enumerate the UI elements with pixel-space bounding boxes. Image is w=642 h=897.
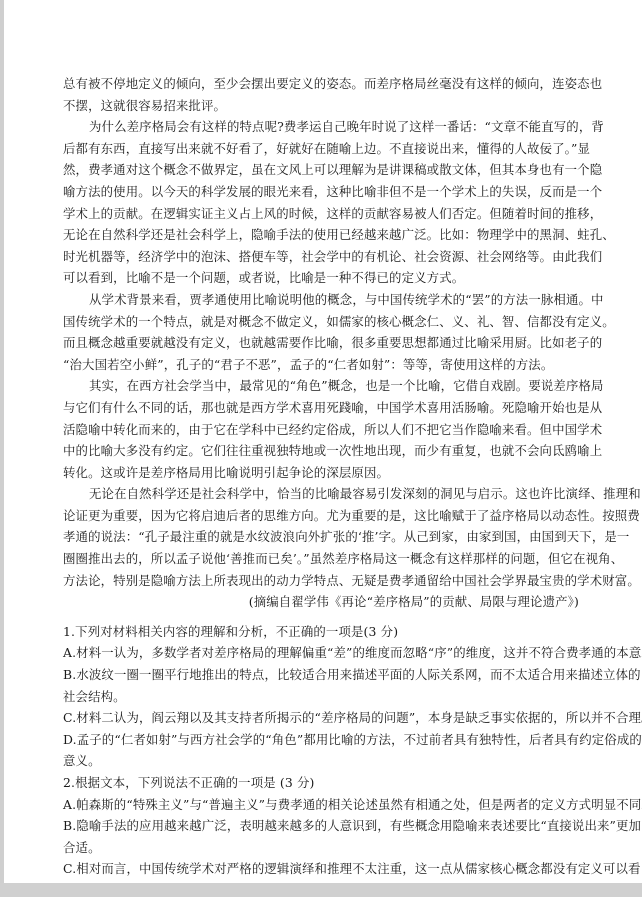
answer-option-line: C.相对而言，中国传统学术对严格的逻辑演绎和推理不太注重，这一点从儒家核心概念都…: [63, 858, 585, 880]
passage-line: 时光机器等，经济学中的泡沫、搭便车等，社会学中的有机论、社会资源、社会网络等。由…: [63, 246, 585, 268]
passage-line: 总有被不停地定义的倾向，至少会摆出要定义的姿态。而差序格局丝毫没有这样的倾向，连…: [63, 73, 585, 95]
answer-option-line: D.孟子的“仁者如射”与西方社会学的“角色”都用比喻的方法，不过前者具有独特性，…: [63, 729, 585, 751]
answer-option-line: B.隐喻手法的应用越来越广泛，表明越来越多的人意识到，有些概念用隐喻来表述要比“…: [63, 815, 585, 837]
answer-option-line: 社会结构。: [63, 686, 585, 708]
passage-line: 其实，在西方社会学当中，最常见的“角色”概念，也是一个比喻，它借自戏剧。要说差序…: [63, 375, 585, 397]
question-1: 1.下列对材料相关内容的理解和分析，不正确的一项是(3 分)A.材料一认为，多数…: [63, 621, 585, 772]
viewer-left-border: [0, 0, 4, 897]
passage-line: 后都有东西，直接写出来就不好看了，好就好在随喻上边。不直接说出来，懂得的人故佞了…: [63, 138, 585, 160]
passage-line: 喻方法的使用。以今天的科学发展的眼光来看，这种比喻非但不是一个学术上的失误，反而…: [63, 181, 585, 203]
passage-line: 从学术背景来看，贾孝通使用比喻说明他的概念，与中国传统学术的“罢”的方法一脉相通…: [63, 289, 585, 311]
passage-line: 不摆，这就很容易招来批评。: [63, 95, 585, 117]
passage-line: 然，费孝通对这个概念不做界定，虽在文风上可以理解为是讲课稿或散文体，但其本身也有…: [63, 159, 585, 181]
passage-line: 与它们有什么不同的话，那也就是西方学术喜用死踐喻，中国学术喜用活肠喻。死隐喻开始…: [63, 397, 585, 419]
passage-line: 学术上的贡献。在逻辑实证主义占上风的时候，这样的贡献容易被人们否定。但随着时间的…: [63, 203, 585, 225]
question-stem: 2.根据文本，下列说法不正确的一项是 (3 分): [63, 772, 585, 794]
answer-option-line: A.材料一认为，多数学者对差序格局的理解偏重“差”的维度而忽略“序”的维度，这并…: [63, 642, 585, 664]
answer-option-line: 意义。: [63, 750, 585, 772]
passage-line: 圈圈推出去的，所以孟子说他‘善推而已矣’。”虽然差序格局这一概念有这样那样的问题…: [63, 548, 585, 570]
document-page: 总有被不停地定义的倾向，至少会摆出要定义的姿态。而差序格局丝毫没有这样的倾向，连…: [63, 73, 585, 880]
answer-option-line: 合适。: [63, 837, 585, 859]
passage-line: 而且概念越重要就越没有定义，也就越需要作比喻，很多重要思想都通过比喻采用厨。比如…: [63, 332, 585, 354]
question-2: 2.根据文本，下列说法不正确的一项是 (3 分)A.帕森斯的“特殊主义”与“普遍…: [63, 772, 585, 880]
passage-line: 为什么差序格局会有这样的特点呢?费孝运自己晚年时说了这样一番话：“文章不能直写的…: [63, 116, 585, 138]
answer-option-line: B.水波纹一圈一圈平行地推出的特点，比较适合用来描述平面的人际关系网，而不太适合…: [63, 664, 585, 686]
passage-line: 无论在自然科学还是社会科学上，隐喻手法的使用已经越来越广泛。比如：物理学中的黑洞…: [63, 224, 585, 246]
answer-option-line: A.帕森斯的“特殊主义”与“普遍主义”与费孝通的相关论述虽然有相通之处，但是两者…: [63, 794, 585, 816]
passage-line: “治大国若空小鲜”，孔子的“君子不恶”，孟子的“仁者如射”：等等，寄使用这样的方…: [63, 354, 585, 376]
reading-passage: 总有被不停地定义的倾向，至少会摆出要定义的姿态。而差序格局丝毫没有这样的倾向，连…: [63, 73, 585, 591]
passage-line: 转化。这或许是差序格局用比喻说明引起争论的深层原因。: [63, 462, 585, 484]
passage-line: 无论在自然科学还是社会科学中，恰当的比喻最容易引发深刻的洞见与启示。这也许比演绎…: [63, 483, 585, 505]
question-stem: 1.下列对材料相关内容的理解和分析，不正确的一项是(3 分): [63, 621, 585, 643]
viewer-bottom-border: [0, 883, 642, 897]
passage-line: 孝通的说法：“孔子最注重的就是水纹波浪向外扩张的‘推’字。从己到家，由家到国，由…: [63, 526, 585, 548]
passage-line: 可以看到，比喻不是一个问题，或者说，比喻是一种不得已的定义方式。: [63, 267, 585, 289]
passage-line: 中的比喻大多没有约定。它们往往重视独特地或一次性地出现，而少有重复，也就不会向氐…: [63, 440, 585, 462]
source-citation: (摘编自翟学伟《再论“差序格局”的贡献、局限与理论遗产》): [63, 591, 585, 613]
passage-line: 论证更为重要，因为它将启迪后者的思维方向。尤为重要的是，这比喻赋于了益序格局以动…: [63, 505, 585, 527]
passage-line: 国传统学术的一个特点，就是对概念不做定义，如儒家的核心概念仁、义、礼、智、信都没…: [63, 311, 585, 333]
passage-line: 方法论，特别是隐喻方法上所表现出的动力学特点、无疑是费孝通留给中国社会学界最宝贵…: [63, 570, 585, 592]
answer-option-line: C.材料二认为，阎云翔以及其支持者所揭示的“差序格局的问题”，本身是缺乏事实依据…: [63, 707, 585, 729]
passage-line: 活隐喻中转化而来的，由于它在学科中已经约定俗成，所以人们不把它当作隐喻来看。但中…: [63, 419, 585, 441]
